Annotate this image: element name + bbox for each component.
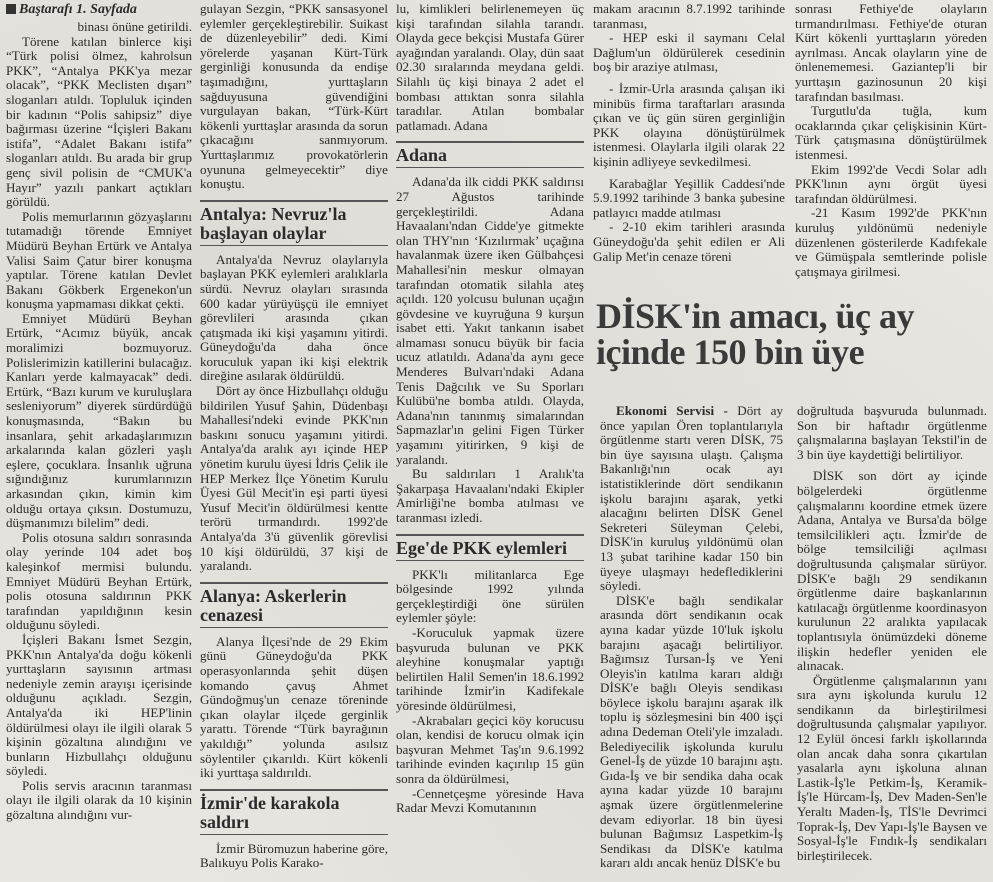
column-3: lu, kimlikleri belirlenemeyen üç kişi ta… [396,2,584,816]
byline: Ekonomi Servisi - [616,403,728,418]
disk-article-column-right: doğrultuda başvuruda bulunmadı. Son bir … [797,404,987,863]
column-1: Baştarafı 1. Sayfada binası önüne getiri… [6,2,192,823]
paragraph: DİSK'e bağlı sendikalar arasında dört se… [600,594,783,871]
paragraph: Polis otosuna saldırı sonrasında olay ye… [6,531,192,633]
paragraph: - HEP eski il saymanı Celal Dağlum'un öl… [593,31,785,75]
paragraph: Antalya'da Nevruz olaylarıyla başlayan P… [200,253,388,384]
paragraph: İzmir Büromuzun haberine göre, Balıkuyu … [200,842,388,871]
subheading-izmir-karakola-saldiri: İzmir'de karakola saldırı [200,789,388,835]
column-4: makam aracının 8.7.1992 tarihinde taranm… [593,2,785,264]
paragraph: Emniyet Müdürü Beyhan Ertürk, “Acımız bü… [6,312,192,531]
paragraph: - İzmir-Urla arasında çalışan iki minibü… [593,82,785,170]
paragraph: Polis memurlarının gözyaşlarını tutamadı… [6,210,192,312]
paragraph: Polis servis aracının taranması olayı il… [6,779,192,823]
paragraph: doğrultuda başvuruda bulunmadı. Son bir … [797,404,987,462]
paragraph: -Koruculuk yapmak üzere başvuruda buluna… [396,626,584,714]
paragraph: Bu saldırıları 1 Aralık'ta Şakarpaşa Hav… [396,467,584,525]
square-bullet-icon [6,4,16,14]
paragraph: gulayan Sezgin, “PKK sansasyonel eylemle… [200,2,388,192]
paragraph: DİSK son dört ay içinde bölgelerdeki örg… [797,469,987,673]
paragraph: Alanya İlçesi'nde de 29 Ekim günü Güneyd… [200,635,388,781]
paragraph: lu, kimlikleri belirlenemeyen üç kişi ta… [396,2,584,133]
column-5: sonrası Fethiye'de olayların tırmandırıl… [795,2,987,279]
paragraph: Turgutlu'da tuğla, kum ocaklarında çıkar… [795,104,987,162]
paragraph: makam aracının 8.7.1992 tarihinde taranm… [593,2,785,31]
paragraph: sonrası Fethiye'de olayların tırmandırıl… [795,2,987,104]
subheading-alanya-askerlerin-cenazesi: Alanya: Askerlerin cenazesi [200,582,388,628]
paragraph: Dört ay önce Hizbullahçı olduğu bildiril… [200,384,388,574]
paragraph: PKK'lı militanlarca Ege bölgesinde 1992 … [396,568,584,626]
paragraph: Örgütlenme çalışmalarının yanı sıra aynı… [797,674,987,864]
paragraph: -Cennetçeşme yöresinde Hava Radar Mevzi … [396,787,584,816]
paragraph: Adana'da ilk ciddi PKK saldırısı 27 Ağus… [396,175,584,467]
continued-from-page-kicker: Baştarafı 1. Sayfada [6,2,192,18]
paragraph: Karabağlar Yeşillik Caddesi'nde 5.9.1992… [593,177,785,221]
paragraph: Törene katılan binlerce kişi “Türk polis… [6,35,192,210]
newspaper-page: Baştarafı 1. Sayfada binası önüne getiri… [0,0,993,882]
disk-article-column-left: Ekonomi Servisi - Dört ay önce yapılan Ö… [600,404,783,871]
paragraph: -Akrabaları geçici köy korucusu olan, ke… [396,714,584,787]
subheading-antalya-nevruz: Antalya: Nevruz'la başlayan olaylar [200,200,388,246]
paragraph: İçişleri Bakanı İsmet Sezgin, PKK'nın An… [6,633,192,779]
paragraph: Ekim 1992'de Vecdi Solar adlı PKK'lının … [795,163,987,207]
paragraph: Ekonomi Servisi - Dört ay önce yapılan Ö… [600,404,783,594]
paragraph: - 2-10 ekim tarihleri arasında Güneydoğu… [593,220,785,264]
column-2: gulayan Sezgin, “PKK sansasyonel eylemle… [200,2,388,871]
article-headline-disk: DİSK'in amacı, üç ay içinde 150 bin üye [596,298,986,370]
paragraph: -21 Kasım 1992'de PKK'nın kuruluş yıldön… [795,206,987,279]
subheading-ege-pkk-eylemleri: Ege'de PKK eylemleri [396,534,584,561]
subheading-adana: Adana [396,141,584,168]
paragraph: binası önüne getirildi. [6,20,192,35]
